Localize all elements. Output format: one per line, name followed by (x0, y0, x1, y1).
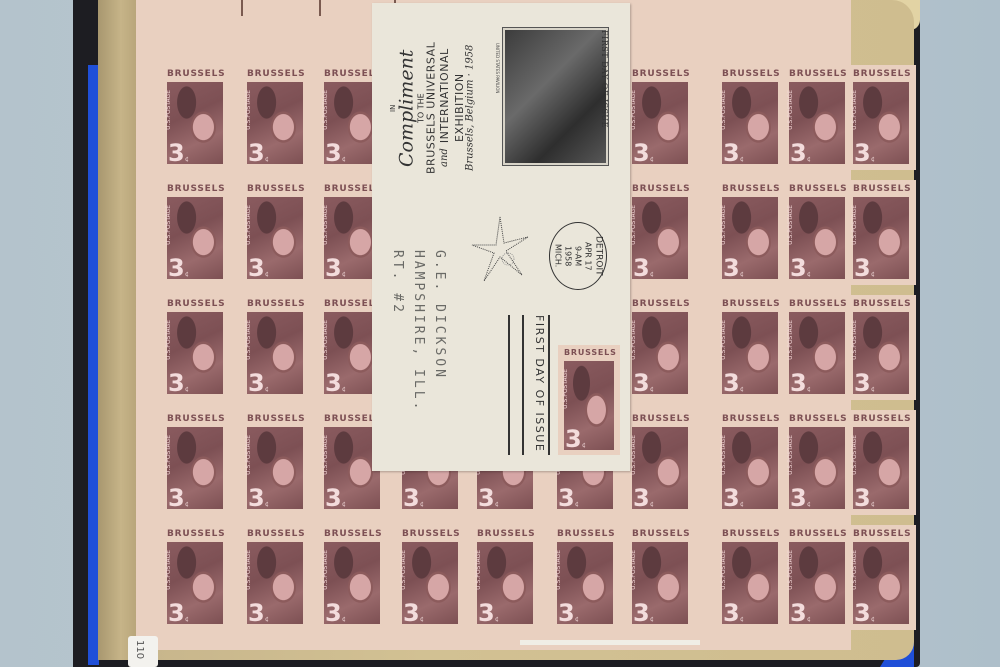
stamp-title: BRUSSELS (722, 529, 780, 539)
stamp: BRUSSELS U.S.POSTAGE 3 ¢ (715, 295, 785, 400)
stamp-value: 3 (403, 486, 420, 510)
stamp-cents-symbol: ¢ (342, 501, 346, 508)
stamp-cents-symbol: ¢ (871, 616, 875, 623)
stamp-postage-text: U.S.POSTAGE (720, 90, 727, 130)
stamp-cents-symbol: ¢ (871, 156, 875, 163)
stamp: BRUSSELS U.S.POSTAGE 3 ¢ (160, 525, 230, 630)
stamp-cents-symbol: ¢ (265, 271, 269, 278)
stamp: BRUSSELS U.S.POSTAGE 3 ¢ (625, 525, 695, 630)
stamp-postage-text: U.S.POSTAGE (851, 90, 858, 130)
stamp-postage-text: U.S.POSTAGE (245, 320, 252, 360)
stamp-cents-symbol: ¢ (871, 386, 875, 393)
stamp: BRUSSELS U.S.POSTAGE 3 ¢ (846, 525, 916, 630)
postmark-date: APR 17 (584, 242, 592, 271)
stamp-postage-text: U.S.POSTAGE (851, 205, 858, 245)
stamp-value: 3 (248, 141, 265, 165)
stamp-title: BRUSSELS (167, 414, 225, 424)
stamp-cents-symbol: ¢ (265, 156, 269, 163)
stamp-title: BRUSSELS (632, 184, 690, 194)
stamp-title: BRUSSELS (247, 69, 305, 79)
stamp-title: BRUSSELS (324, 529, 382, 539)
stamp-cents-symbol: ¢ (871, 271, 875, 278)
stamp: BRUSSELS U.S.POSTAGE 3 ¢ (625, 65, 695, 170)
stamp-postage-text: U.S.POSTAGE (787, 90, 794, 130)
stamp-title: BRUSSELS (789, 184, 847, 194)
stamp-cents-symbol: ¢ (650, 386, 654, 393)
stamp-title: BRUSSELS (853, 529, 911, 539)
stamp-cents-symbol: ¢ (185, 386, 189, 393)
stamp-cents-symbol: ¢ (265, 386, 269, 393)
cancel-bar (548, 315, 550, 455)
stamp-value: 3 (325, 486, 342, 510)
stamp-title: BRUSSELS (722, 184, 780, 194)
stamp-value: 3 (325, 371, 342, 395)
stamp-title: BRUSSELS (722, 299, 780, 309)
stamp-postage-text: U.S.POSTAGE (165, 205, 172, 245)
stamp-postage-text: U.S.POSTAGE (165, 550, 172, 590)
stamp-title: BRUSSELS (167, 529, 225, 539)
stamp-title: BRUSSELS (247, 299, 305, 309)
stamp-value: 3 (248, 371, 265, 395)
stamp: BRUSSELS U.S.POSTAGE 3 ¢ (782, 410, 852, 515)
stamp-postage-text: U.S.POSTAGE (165, 435, 172, 475)
stamp: BRUSSELS U.S.POSTAGE 3 ¢ (625, 180, 695, 285)
handwritten-address: G.E. DICKSON HAMPSHIRE, ILL. RT. #2 (390, 250, 447, 412)
stamp-value: 3 (633, 486, 650, 510)
stamp: BRUSSELS U.S.POSTAGE 3 ¢ (240, 65, 310, 170)
stamp-postage-text: U.S.POSTAGE (245, 435, 252, 475)
stamp: BRUSSELS U.S.POSTAGE 3 ¢ (715, 410, 785, 515)
stamp-value: 3 (723, 371, 740, 395)
stamp-cents-symbol: ¢ (740, 156, 744, 163)
stamp-value: 3 (790, 141, 807, 165)
stamp-value: 3 (633, 256, 650, 280)
cachet-photo-caption: UNITED STATES PAVILION (495, 43, 500, 93)
stamp-title: BRUSSELS (564, 348, 617, 357)
stamp-title: BRUSSELS (632, 299, 690, 309)
stamp: BRUSSELS U.S.POSTAGE 3 ¢ (160, 65, 230, 170)
cachet-and: and (439, 149, 450, 168)
cachet-photo (503, 28, 608, 165)
stamp-postage-text: U.S.POSTAGE (245, 550, 252, 590)
stamp-value: 3 (168, 141, 185, 165)
stamp-value: 3 (168, 256, 185, 280)
stamp-postage-text: U.S.POSTAGE (630, 550, 637, 590)
stamp-title: BRUSSELS (789, 414, 847, 424)
stamp-cents-symbol: ¢ (807, 386, 811, 393)
stamp-value: 3 (248, 486, 265, 510)
stamp-postage-text: U.S.POSTAGE (787, 320, 794, 360)
shelf-label: 110 (128, 636, 158, 667)
stamp-title: BRUSSELS (722, 69, 780, 79)
address-name: G.E. DICKSON (432, 250, 447, 412)
expo-star-icon (470, 215, 530, 285)
cancel-text: FIRST DAY OF ISSUE (533, 315, 546, 452)
stamp-postage-text: U.S.POSTAGE (165, 90, 172, 130)
stamp-value: 3 (790, 486, 807, 510)
address-route: RT. #2 (390, 250, 405, 412)
stamp-cents-symbol: ¢ (740, 616, 744, 623)
stamp: BRUSSELS U.S.POSTAGE 3 ¢ (240, 295, 310, 400)
postmark: DETROIT APR 17 9-AM 1958 MICH. (549, 222, 607, 290)
stamp-cents-symbol: ¢ (342, 156, 346, 163)
stamp-postage-text: U.S.POSTAGE (720, 435, 727, 475)
stamp-cents-symbol: ¢ (740, 386, 744, 393)
stamp-title: BRUSSELS (632, 529, 690, 539)
stamp-cents-symbol: ¢ (650, 156, 654, 163)
stamp-postage-text: U.S.POSTAGE (322, 550, 329, 590)
sheet-margin-mark (241, 0, 243, 16)
stamp-postage-text: U.S.POSTAGE (851, 435, 858, 475)
postmark-year: 1958 (564, 246, 572, 266)
stamp-value: 3 (854, 141, 871, 165)
stamp: BRUSSELS U.S.POSTAGE 3 ¢ (550, 525, 620, 630)
shelf-label-text: 110 (134, 640, 145, 659)
stamp-value: 3 (478, 486, 495, 510)
stamp-postage-text: U.S.POSTAGE (322, 320, 329, 360)
stamp: BRUSSELS U.S.POSTAGE 3 ¢ (715, 180, 785, 285)
stamp-cents-symbol: ¢ (871, 501, 875, 508)
stamp-cents-symbol: ¢ (650, 501, 654, 508)
stamp-postage-text: U.S.POSTAGE (630, 90, 637, 130)
stamp-value: 3 (633, 601, 650, 625)
stamp-postage-text: U.S.POSTAGE (165, 320, 172, 360)
stamp-postage-text: U.S.POSTAGE (245, 90, 252, 130)
stamp-postage-text: U.S.POSTAGE (787, 435, 794, 475)
stamp: BRUSSELS U.S.POSTAGE 3 ¢ (240, 410, 310, 515)
stamp-value: 3 (558, 486, 575, 510)
stamp-postage-text: U.S.POSTAGE (720, 320, 727, 360)
stamp-title: BRUSSELS (789, 299, 847, 309)
stamp-cents-symbol: ¢ (342, 386, 346, 393)
stamp-postage-text: U.S.POSTAGE (630, 205, 637, 245)
stamp-title: BRUSSELS (247, 529, 305, 539)
stamp-value: 3 (854, 256, 871, 280)
stamp-value: 3 (790, 601, 807, 625)
stamp-cents-symbol: ¢ (342, 616, 346, 623)
stamp-title: BRUSSELS (853, 299, 911, 309)
stamp-value: 3 (723, 486, 740, 510)
stamp-value: 3 (168, 601, 185, 625)
cancel-bar (522, 315, 524, 455)
stamp-postage-text: U.S.POSTAGE (720, 550, 727, 590)
stamp-value: 3 (723, 141, 740, 165)
stamp-value: 3 (633, 141, 650, 165)
postmark-state: MICH. (554, 244, 562, 267)
stamp-title: BRUSSELS (789, 69, 847, 79)
stamp: BRUSSELS U.S.POSTAGE 3 ¢ (625, 410, 695, 515)
stamp: BRUSSELS U.S.POSTAGE 3 ¢ (782, 65, 852, 170)
stamp: BRUSSELS U.S.POSTAGE 3 ¢ (846, 410, 916, 515)
stamp-postage-text: U.S.POSTAGE (322, 205, 329, 245)
sheet-margin-mark (319, 0, 321, 16)
stamp: BRUSSELS U.S.POSTAGE 3 ¢ (317, 525, 387, 630)
stamp-title: BRUSSELS (247, 184, 305, 194)
stamp-cents-symbol: ¢ (265, 501, 269, 508)
stamp-cents-symbol: ¢ (740, 501, 744, 508)
cachet-compliment: Compliment (397, 33, 417, 183)
stamp-cents-symbol: ¢ (740, 271, 744, 278)
stamp-value: 3 (723, 256, 740, 280)
stamp-value: 3 (325, 601, 342, 625)
stamp-value: 3 (565, 427, 582, 451)
postmark-time: 9-AM (574, 246, 582, 266)
stamp-cents-symbol: ¢ (582, 442, 586, 449)
stamp-postage-text: U.S.POSTAGE (245, 205, 252, 245)
stamp: BRUSSELS U.S.POSTAGE 3 ¢ (160, 410, 230, 515)
stamp-title: BRUSSELS (557, 529, 615, 539)
stamp-cents-symbol: ¢ (342, 271, 346, 278)
stamp-title: BRUSSELS (632, 69, 690, 79)
stamp-value: 3 (325, 256, 342, 280)
stamp-value: 3 (854, 486, 871, 510)
stamp-postage-text: U.S.POSTAGE (720, 205, 727, 245)
stamp-postage-text: U.S.POSTAGE (630, 435, 637, 475)
stamp-title: BRUSSELS (853, 69, 911, 79)
stamp: BRUSSELS U.S.POSTAGE 3 ¢ (240, 180, 310, 285)
stamp: BRUSSELS U.S.POSTAGE 3 ¢ (715, 65, 785, 170)
stamp-cents-symbol: ¢ (650, 271, 654, 278)
stamp-cents-symbol: ¢ (265, 616, 269, 623)
address-city: HAMPSHIRE, ILL. (411, 250, 426, 412)
stamp-title: BRUSSELS (247, 414, 305, 424)
stamp-value: 3 (790, 256, 807, 280)
stamp-cents-symbol: ¢ (420, 616, 424, 623)
stamp-postage-text: U.S.POSTAGE (787, 550, 794, 590)
stamp-value: 3 (168, 486, 185, 510)
cachet-text: IN Compliment TO THE BRUSSELS UNIVERSAL … (390, 33, 476, 183)
stamp-postage-text: U.S.POSTAGE (562, 369, 569, 409)
stamp: BRUSSELS U.S.POSTAGE 3 ¢ (782, 180, 852, 285)
stamp-postage-text: U.S.POSTAGE (322, 435, 329, 475)
stamp-title: BRUSSELS (722, 414, 780, 424)
stamp-value: 3 (325, 141, 342, 165)
stamp-value: 3 (790, 371, 807, 395)
stamp: BRUSSELS U.S.POSTAGE 3 ¢ (846, 65, 916, 170)
stamp-title: BRUSSELS (477, 529, 535, 539)
stamp-postage-text: U.S.POSTAGE (555, 550, 562, 590)
stamp: BRUSSELS U.S.POSTAGE 3 ¢ (160, 295, 230, 400)
stamp-postage-text: U.S.POSTAGE (322, 90, 329, 130)
stamp-cents-symbol: ¢ (807, 616, 811, 623)
stamp-postage-text: U.S.POSTAGE (475, 550, 482, 590)
stamp: BRUSSELS U.S.POSTAGE 3 ¢ (240, 525, 310, 630)
stamp-cents-symbol: ¢ (807, 271, 811, 278)
stamp-value: 3 (633, 371, 650, 395)
stamp-title: BRUSSELS (853, 184, 911, 194)
stamp-cents-symbol: ¢ (185, 271, 189, 278)
stamp-title: BRUSSELS (789, 529, 847, 539)
stamp-postage-text: U.S.POSTAGE (787, 205, 794, 245)
stamp: BRUSSELS U.S.POSTAGE 3 ¢ (160, 180, 230, 285)
cachet-line2: INTERNATIONAL (438, 49, 451, 144)
stamp-title: BRUSSELS (167, 184, 225, 194)
stamp: BRUSSELS U.S.POSTAGE 3 ¢ (846, 180, 916, 285)
stamp-title: BRUSSELS (167, 299, 225, 309)
stamp-title: BRUSSELS (402, 529, 460, 539)
first-day-header: FIRST DAY OF ISSUE (600, 30, 609, 128)
postmark-city: DETROIT (594, 236, 603, 276)
stamp-cents-symbol: ¢ (420, 501, 424, 508)
cover-stamp: BRUSSELS U.S.POSTAGE 3 ¢ (558, 345, 620, 455)
stamp: BRUSSELS U.S.POSTAGE 3 ¢ (470, 525, 540, 630)
stamp-value: 3 (403, 601, 420, 625)
stamp-value: 3 (854, 601, 871, 625)
page-protector-strip (520, 640, 700, 645)
stamp: BRUSSELS U.S.POSTAGE 3 ¢ (715, 525, 785, 630)
stamp: BRUSSELS U.S.POSTAGE 3 ¢ (846, 295, 916, 400)
stamp-cents-symbol: ¢ (185, 156, 189, 163)
cachet-place: Brussels, Belgium · 1958 (466, 33, 477, 183)
stamp-cents-symbol: ¢ (495, 616, 499, 623)
stamp-cents-symbol: ¢ (495, 501, 499, 508)
stamp-postage-text: U.S.POSTAGE (851, 320, 858, 360)
stamp-cents-symbol: ¢ (807, 156, 811, 163)
stamp-value: 3 (558, 601, 575, 625)
stamp-title: BRUSSELS (167, 69, 225, 79)
stamp: BRUSSELS U.S.POSTAGE 3 ¢ (782, 525, 852, 630)
cancel-bar (508, 315, 510, 455)
stamp-cents-symbol: ¢ (185, 501, 189, 508)
cachet-line1: BRUSSELS UNIVERSAL (426, 33, 438, 183)
stamp-cents-symbol: ¢ (807, 501, 811, 508)
stamp-title: BRUSSELS (853, 414, 911, 424)
stamp-title: BRUSSELS (632, 414, 690, 424)
stamp-value: 3 (478, 601, 495, 625)
album-page-hinge (98, 0, 136, 660)
stamp: BRUSSELS U.S.POSTAGE 3 ¢ (782, 295, 852, 400)
stamp-value: 3 (248, 601, 265, 625)
stamp-cents-symbol: ¢ (575, 501, 579, 508)
stamp-postage-text: U.S.POSTAGE (630, 320, 637, 360)
stamp-cents-symbol: ¢ (575, 616, 579, 623)
stamp: BRUSSELS U.S.POSTAGE 3 ¢ (625, 295, 695, 400)
stamp-value: 3 (168, 371, 185, 395)
stamp-postage-text: U.S.POSTAGE (851, 550, 858, 590)
stamp-value: 3 (723, 601, 740, 625)
stamp: BRUSSELS U.S.POSTAGE 3 ¢ (395, 525, 465, 630)
stamp-cents-symbol: ¢ (185, 616, 189, 623)
stamp-value: 3 (248, 256, 265, 280)
stamp-postage-text: U.S.POSTAGE (400, 550, 407, 590)
stamp-value: 3 (854, 371, 871, 395)
stamp-cents-symbol: ¢ (650, 616, 654, 623)
